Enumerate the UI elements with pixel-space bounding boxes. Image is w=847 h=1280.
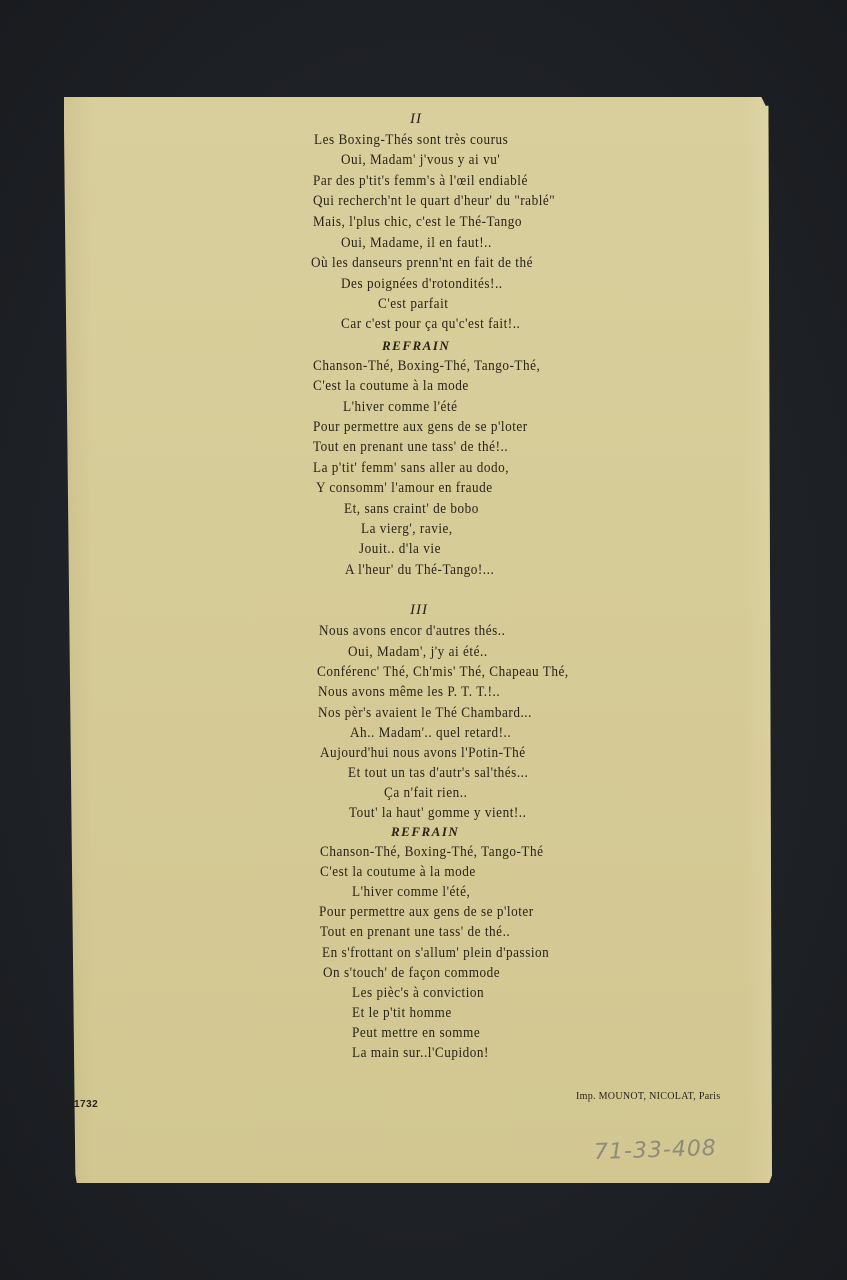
lyric-line: Nous avons encor d'autres thés.. (319, 622, 505, 640)
refrain-line: A l'heur' du Thé-Tango!... (345, 561, 494, 579)
refrain-line: C'est la coutume à la mode (320, 863, 476, 881)
refrain-line: Jouit.. d'la vie (359, 540, 441, 558)
refrain-line: Chanson-Thé, Boxing-Thé, Tango-Thé, (313, 357, 540, 375)
refrain-line: L'hiver comme l'été, (352, 883, 470, 901)
lyric-line: Aujourd'hui nous avons l'Potin-Thé (320, 744, 526, 762)
lyric-line: Les Boxing-Thés sont très courus (314, 131, 508, 149)
lyric-line: Tout' la haut' gomme y vient!.. (349, 804, 526, 822)
pencil-annotation: 71-33-408 (594, 1136, 718, 1165)
verse-number: III (410, 602, 428, 619)
lyric-line: Nos pèr's avaient le Thé Chambard... (318, 704, 532, 722)
lyric-line: Nous avons même les P. T. T.!.. (318, 683, 500, 701)
refrain-line: C'est la coutume à la mode (313, 377, 469, 395)
refrain-line: Pour permettre aux gens de se p'loter (319, 903, 534, 921)
lyric-line: Ça n'fait rien.. (384, 784, 467, 802)
lyric-line: Qui recherch'nt le quart d'heur' du "rab… (313, 192, 555, 210)
refrain-line: En s'frottant on s'allum' plein d'passio… (322, 944, 549, 962)
refrain-line: La p'tit' femm' sans aller au dodo, (313, 459, 509, 477)
refrain-line: Chanson-Thé, Boxing-Thé, Tango-Thé (320, 843, 544, 861)
refrain-line: Et, sans craint' de bobo (344, 500, 479, 518)
lyric-line: Oui, Madam' j'vous y ai vu' (341, 151, 500, 169)
refrain-line: Pour permettre aux gens de se p'loter (313, 418, 528, 436)
lyric-line: Et tout un tas d'autr's sal'thés... (348, 764, 528, 782)
refrain-line: Les pièc's à conviction (352, 984, 484, 1002)
document-page: II Les Boxing-Thés sont très courus Oui,… (0, 0, 847, 1280)
refrain-line: Et le p'tit homme (352, 1004, 452, 1022)
refrain-label: REFRAIN (391, 824, 459, 840)
lyric-line: Par des p'tit's femm's à l'œil endiablé (313, 172, 528, 190)
lyric-line: Oui, Madam', j'y ai été.. (348, 643, 488, 661)
printer-imprint: Imp. MOUNOT, NICOLAT, Paris (576, 1091, 720, 1102)
lyric-line: Mais, l'plus chic, c'est le Thé-Tango (313, 213, 522, 231)
refrain-line: Tout en prenant une tass' de thé.. (320, 923, 510, 941)
lyric-line: Des poignées d'rotondités!.. (341, 275, 503, 293)
refrain-line: La vierg', ravie, (361, 520, 453, 538)
refrain-line: Peut mettre en somme (352, 1024, 480, 1042)
lyric-line: Oui, Madame, il en faut!.. (341, 234, 492, 252)
refrain-line: La main sur..l'Cupidon! (352, 1044, 489, 1062)
refrain-line: L'hiver comme l'été (343, 398, 457, 416)
plate-number: 1732 (74, 1099, 98, 1110)
verse-number: II (410, 111, 422, 128)
lyric-line: C'est parfait (378, 295, 448, 313)
lyric-line: Où les danseurs prenn'nt en fait de thé (311, 254, 533, 272)
refrain-line: On s'touch' de façon commode (323, 964, 500, 982)
lyric-line: Ah.. Madam'.. quel retard!.. (350, 724, 511, 742)
lyric-line: Car c'est pour ça qu'c'est fait!.. (341, 315, 520, 333)
refrain-label: REFRAIN (382, 338, 450, 354)
refrain-line: Y consomm' l'amour en fraude (316, 479, 493, 497)
refrain-line: Tout en prenant une tass' de thé!.. (313, 438, 508, 456)
lyric-line: Conférenc' Thé, Ch'mis' Thé, Chapeau Thé… (317, 663, 569, 681)
